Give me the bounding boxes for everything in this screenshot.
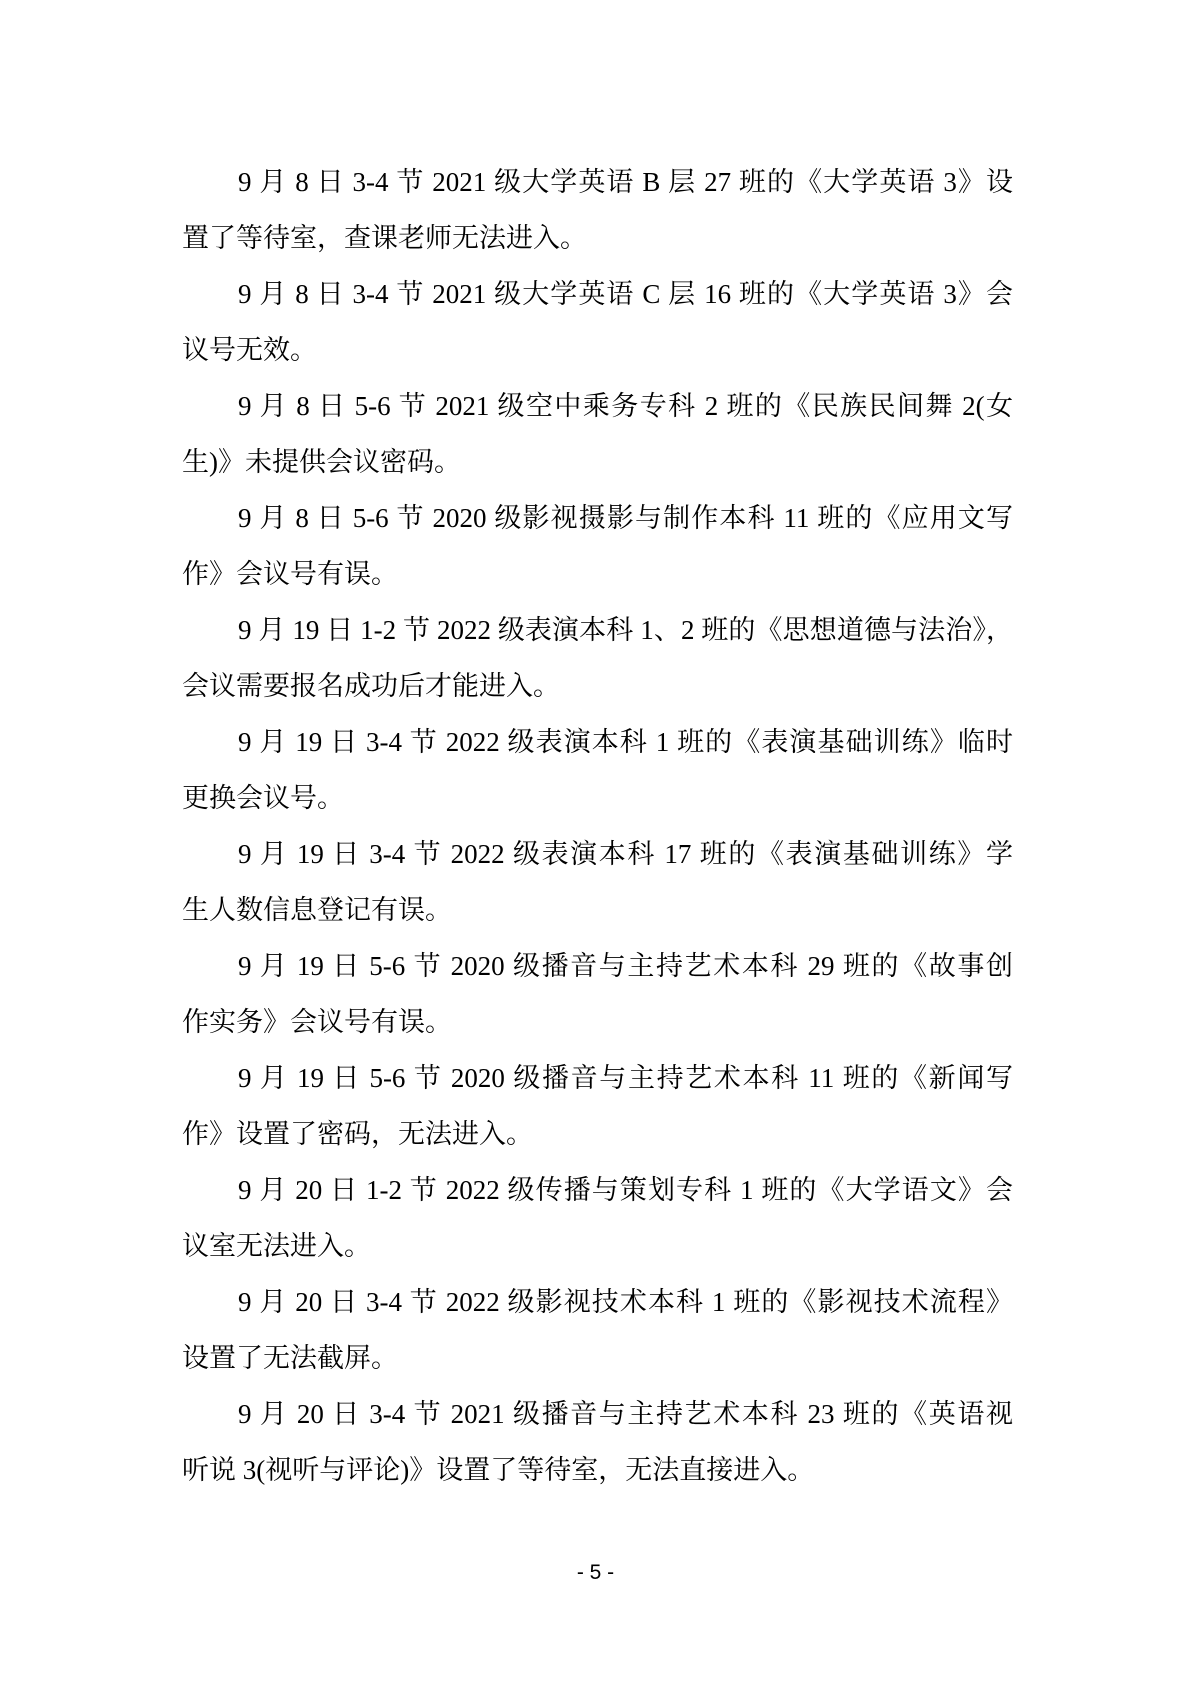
page-number: - 5 - [0,1560,1191,1586]
paragraph-line: 作》设置了密码，无法进入。 [182,1106,1013,1162]
paragraph-line: 9 月 19 日 3-4 节 2022 级表演本科 17 班的《表演基础训练》学 [182,826,1013,882]
paragraph: 9 月 8 日 3-4 节 2021 级大学英语 C 层 16 班的《大学英语 … [182,266,1013,378]
paragraph: 9 月 20 日 1-2 节 2022 级传播与策划专科 1 班的《大学语文》会… [182,1162,1013,1274]
paragraph-line: 听说 3(视听与评论)》设置了等待室，无法直接进入。 [182,1442,1013,1498]
paragraph: 9 月 20 日 3-4 节 2022 级影视技术本科 1 班的《影视技术流程》… [182,1274,1013,1386]
paragraph: 9 月 19 日 3-4 节 2022 级表演本科 1 班的《表演基础训练》临时… [182,714,1013,826]
paragraph-line: 9 月 8 日 5-6 节 2020 级影视摄影与制作本科 11 班的《应用文写 [182,490,1013,546]
paragraph-line: 9 月 8 日 3-4 节 2021 级大学英语 B 层 27 班的《大学英语 … [182,154,1013,210]
paragraph-line: 9 月 8 日 5-6 节 2021 级空中乘务专科 2 班的《民族民间舞 2(… [182,378,1013,434]
paragraph-line: 9 月 19 日 3-4 节 2022 级表演本科 1 班的《表演基础训练》临时 [182,714,1013,770]
paragraph: 9 月 8 日 5-6 节 2020 级影视摄影与制作本科 11 班的《应用文写… [182,490,1013,602]
paragraph-line: 生)》未提供会议密码。 [182,434,1013,490]
paragraph: 9 月 19 日 1-2 节 2022 级表演本科 1、2 班的《思想道德与法治… [182,602,1013,714]
paragraph: 9 月 19 日 5-6 节 2020 级播音与主持艺术本科 11 班的《新闻写… [182,1050,1013,1162]
paragraph-line: 设置了无法截屏。 [182,1330,1013,1386]
paragraph: 9 月 8 日 3-4 节 2021 级大学英语 B 层 27 班的《大学英语 … [182,154,1013,266]
paragraph-line: 更换会议号。 [182,770,1013,826]
paragraph-line: 作》会议号有误。 [182,546,1013,602]
paragraph-line: 议号无效。 [182,322,1013,378]
document-body: 9 月 8 日 3-4 节 2021 级大学英语 B 层 27 班的《大学英语 … [182,154,1013,1498]
paragraph-line: 作实务》会议号有误。 [182,994,1013,1050]
paragraph-line: 9 月 19 日 1-2 节 2022 级表演本科 1、2 班的《思想道德与法治… [182,602,1013,658]
paragraph: 9 月 19 日 5-6 节 2020 级播音与主持艺术本科 29 班的《故事创… [182,938,1013,1050]
paragraph: 9 月 19 日 3-4 节 2022 级表演本科 17 班的《表演基础训练》学… [182,826,1013,938]
paragraph-line: 议室无法进入。 [182,1218,1013,1274]
paragraph: 9 月 20 日 3-4 节 2021 级播音与主持艺术本科 23 班的《英语视… [182,1386,1013,1498]
paragraph-line: 9 月 20 日 3-4 节 2022 级影视技术本科 1 班的《影视技术流程》 [182,1274,1013,1330]
paragraph-line: 会议需要报名成功后才能进入。 [182,658,1013,714]
paragraph-line: 9 月 8 日 3-4 节 2021 级大学英语 C 层 16 班的《大学英语 … [182,266,1013,322]
paragraph-line: 9 月 20 日 1-2 节 2022 级传播与策划专科 1 班的《大学语文》会 [182,1162,1013,1218]
paragraph-line: 9 月 19 日 5-6 节 2020 级播音与主持艺术本科 29 班的《故事创 [182,938,1013,994]
paragraph-line: 生人数信息登记有误。 [182,882,1013,938]
paragraph-line: 置了等待室，查课老师无法进入。 [182,210,1013,266]
paragraph-line: 9 月 19 日 5-6 节 2020 级播音与主持艺术本科 11 班的《新闻写 [182,1050,1013,1106]
paragraph-line: 9 月 20 日 3-4 节 2021 级播音与主持艺术本科 23 班的《英语视 [182,1386,1013,1442]
paragraph: 9 月 8 日 5-6 节 2021 级空中乘务专科 2 班的《民族民间舞 2(… [182,378,1013,490]
document-page: 9 月 8 日 3-4 节 2021 级大学英语 B 层 27 班的《大学英语 … [0,0,1191,1684]
